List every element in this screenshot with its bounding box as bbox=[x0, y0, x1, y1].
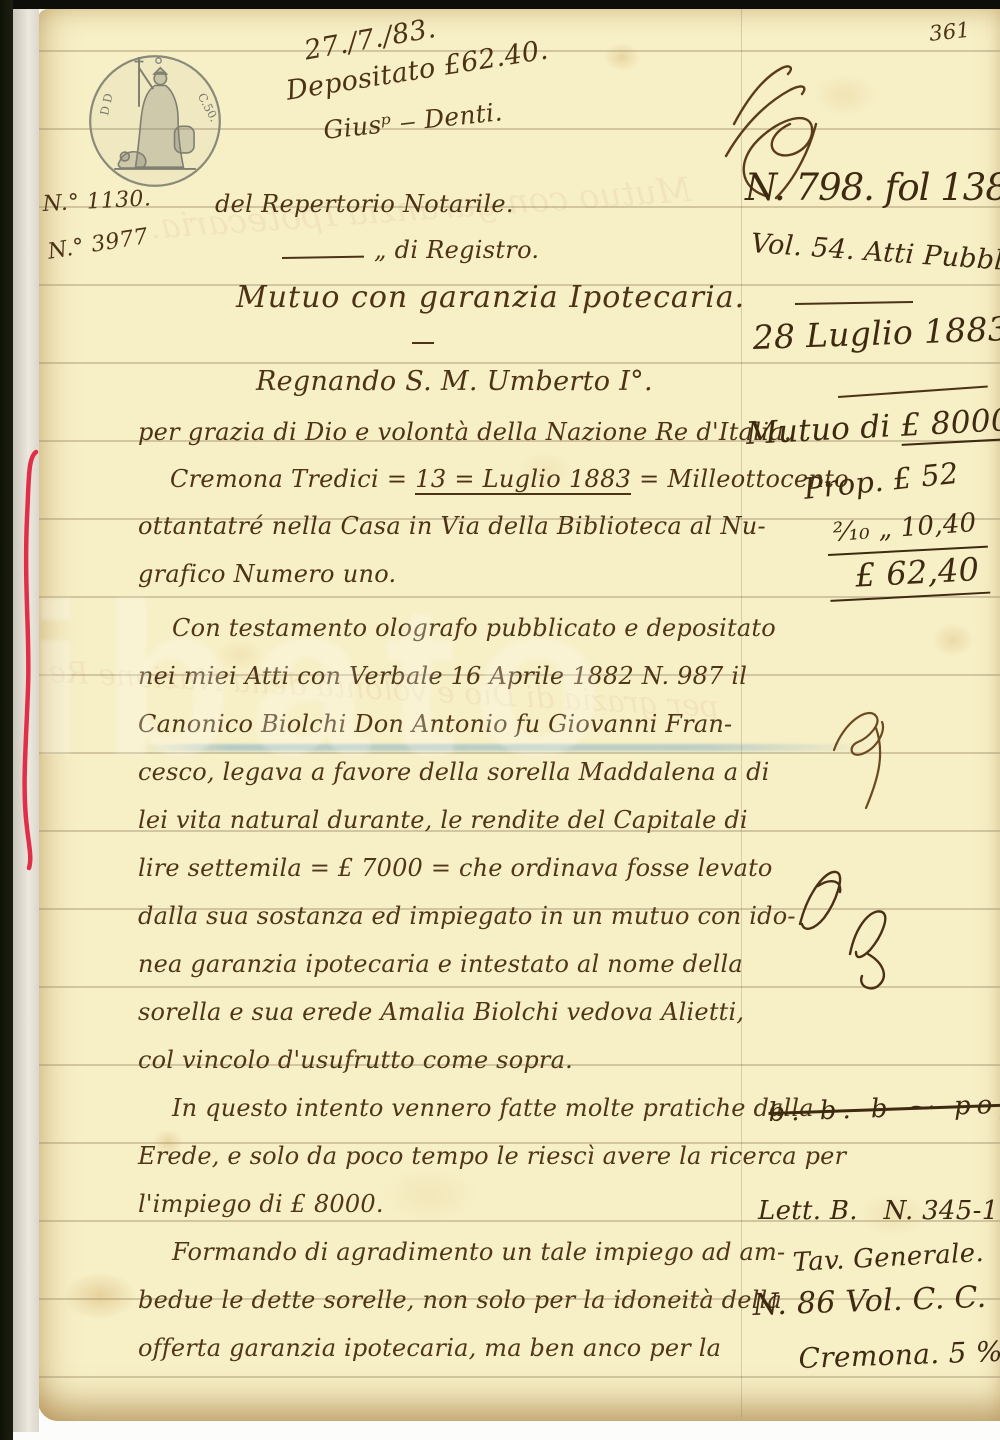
protocol-number: N. 798. fol 138. bbox=[745, 166, 1000, 209]
manuscript-line: nei miei Atti con Verbale 16 Aprile 1882… bbox=[138, 652, 846, 700]
preamble-line: per grazia di Dio e volontà della Nazion… bbox=[138, 418, 792, 446]
fee-amount: £ 52 bbox=[891, 456, 960, 497]
manuscript-line: Formando di agradimento un tale impiego … bbox=[138, 1228, 846, 1276]
registro-label: „ di Registro. bbox=[374, 236, 539, 264]
loan-amount: £ 8000 bbox=[900, 400, 1000, 445]
preamble-line: Regnando S. M. Umberto I°. bbox=[256, 366, 653, 397]
reference-line: Lett. B. N. 345-1195. bbox=[758, 1196, 1000, 1226]
margin-initials-flourish bbox=[824, 692, 914, 812]
manuscript-line: offerta garanzia ipotecaria, ma ben anco… bbox=[138, 1324, 846, 1372]
manuscript-line: nea garanzia ipotecaria e intestato al n… bbox=[138, 940, 846, 988]
document-title: Mutuo con garanzia Ipotecaria. bbox=[236, 280, 745, 315]
manuscript-line: col vincolo d'usufrutto come sopra. bbox=[138, 1036, 846, 1084]
manuscript-line: cesco, legava a favore della sorella Mad… bbox=[138, 748, 846, 796]
manuscript-line: Canonico Biolchi Don Antonio fu Giovanni… bbox=[138, 700, 846, 748]
reference-number: N. 345-1195. bbox=[884, 1196, 1000, 1226]
manuscript-line: sorella e sua erede Amalia Biolchi vedov… bbox=[138, 988, 846, 1036]
manuscript-line: In questo intento vennero fatte molte pr… bbox=[138, 1084, 846, 1132]
manuscript-line: l'impiego di £ 8000. bbox=[138, 1180, 846, 1228]
fee-label: ²⁄₁₀ „ bbox=[832, 514, 893, 548]
manuscript-line: lire settemila = £ 7000 = che ordinava f… bbox=[138, 844, 846, 892]
manuscript-line: Con testamento olografo pubblicato e dep… bbox=[138, 604, 846, 652]
revenue-stamp-seal: D D C.50. bbox=[84, 50, 226, 192]
underlined-date: 13 = Luglio 1883 bbox=[415, 465, 631, 495]
folio-page-number: 361 bbox=[928, 18, 971, 46]
manuscript-line: lei vita natural durante, le rendite del… bbox=[138, 796, 846, 844]
red-binding-thread bbox=[16, 448, 50, 872]
manuscript-line: Erede, e solo da poco tempo le riescì av… bbox=[138, 1132, 846, 1180]
date-phrase-pre: Cremona Tredici = bbox=[170, 465, 415, 493]
preamble-line: grafico Numero uno. bbox=[138, 560, 396, 588]
loan-label: Mutuo di bbox=[745, 408, 891, 452]
reference-line: Cremona. 5 % bbox=[798, 1335, 1000, 1375]
repertorio-label: del Repertorio Notarile. bbox=[215, 190, 514, 218]
preamble-line: ottantatré nella Casa in Via della Bibli… bbox=[138, 512, 766, 540]
total-amount: £ 62,40 bbox=[828, 546, 991, 602]
scan-edge-top bbox=[0, 0, 1000, 9]
reference-letter: Lett. B. bbox=[758, 1196, 858, 1226]
manuscript-line: dalla sua sostanza ed impiegato in un mu… bbox=[138, 892, 846, 940]
preamble-line: Cremona Tredici = 13 = Luglio 1883 = Mil… bbox=[170, 465, 849, 493]
manuscript-line: bedue le dette sorelle, non solo per la … bbox=[138, 1276, 846, 1324]
body-lines: Con testamento olografo pubblicato e dep… bbox=[138, 604, 846, 1372]
notary-margin-signature bbox=[790, 858, 930, 998]
separator-dash bbox=[412, 342, 434, 344]
fee-amount: 10,40 bbox=[900, 508, 978, 543]
scanned-document: Mutuo con garanzia Ipotecaria. per grazi… bbox=[0, 0, 1000, 1440]
scan-edge-left bbox=[0, 0, 13, 1440]
